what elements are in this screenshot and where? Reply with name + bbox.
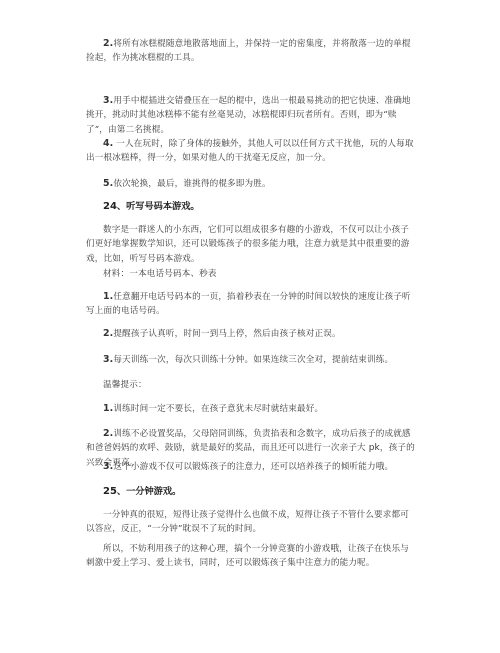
tip-1: 1.训练时间一定不要长，在孩子意犹未尽时就结束最好。 [86, 402, 416, 416]
step-number: 2. [103, 38, 113, 49]
paragraph-stick-step-3: 3.用手中棍插进交错叠压在一起的棍中，选出一根最易挑动的把它快速、准确地挑开，挑… [86, 94, 416, 137]
section-24-intro: 数字是一群迷人的小东西，它们可以组成很多有趣的小游戏，不仅可以让小孩子们更好地掌… [86, 223, 416, 266]
section-heading-24: 24、听写号码本游戏。 [86, 200, 416, 214]
step-number: 1. [103, 291, 113, 302]
tip-number: 2. [103, 428, 113, 439]
section-heading-25: 25、一分钟游戏。 [86, 485, 416, 499]
paragraph-text: 依次轮换，最后，谁挑得的棍多即为胜。 [113, 179, 270, 189]
step-number: 3. [103, 354, 113, 365]
paragraph-text: 一人在玩时，除了身体的接触外，其他人可以以任何方式干扰他，玩的人每取出一根冰糕棒… [86, 139, 414, 163]
step-text: 每天训练一次，每次只训练十分钟。如果连续三次全对，提前结束训练。 [113, 355, 393, 365]
section-24-step-2: 2.提醒孩子认真听，时间一到马上停，然后由孩子核对正误。 [86, 327, 416, 341]
document-page: 2.将所有冰糕棍随意地散落地面上，并保持一定的密集度，并将散落一边的单棍捡起，作… [0, 0, 500, 653]
tip-text-latin: pk [369, 443, 380, 453]
section-24-step-3: 3.每天训练一次，每次只训练十分钟。如果连续三次全对，提前结束训练。 [86, 353, 416, 367]
paragraph-stick-step-5: 5.依次轮换，最后，谁挑得的棍多即为胜。 [86, 177, 416, 191]
step-number: 2. [103, 328, 113, 339]
section-25-paragraph-2: 所以，不妨利用孩子的这种心理，搞个一分钟竞赛的小游戏哦，让孩子在快乐与刺激中爱上… [86, 542, 416, 571]
paragraph-text: 用手中棍插进交错叠压在一起的棍中，选出一根最易挑动的把它快速、准确地挑开，挑动时… [86, 96, 411, 135]
section-number: 24 [103, 201, 117, 212]
section-number: 25 [103, 486, 117, 497]
tip-text: 训练时间一定不要长，在孩子意犹未尽时就结束最好。 [113, 404, 323, 414]
tip-text: 训练不必设置奖品，父母陪同训练，负责掐表和念数字，成功后孩子的成就感和爸爸妈妈的… [86, 429, 411, 453]
tip-number: 3. [103, 461, 113, 472]
paragraph-stick-step-4: 4. 一人在玩时，除了身体的接触外，其他人可以以任何方式干扰他，玩的人每取出一根… [86, 137, 416, 166]
tip-text: 这个小游戏不仅可以锻炼孩子的注意力，还可以培养孩子的倾听能力哦。 [113, 462, 393, 472]
step-number: 5. [103, 178, 113, 189]
paragraph-text: 将所有冰糕棍随意地散落地面上，并保持一定的密集度，并将散落一边的单棍捡起，作为挑… [86, 39, 411, 63]
section-24-step-1: 1.任意翻开电话号码本的一页，掐着秒表在一分钟的时间以较快的速度让孩子听写上面的… [86, 290, 416, 319]
step-text: 任意翻开电话号码本的一页，掐着秒表在一分钟的时间以较快的速度让孩子听写上面的电话… [86, 292, 411, 316]
step-text: 提醒孩子认真听，时间一到马上停，然后由孩子核对正误。 [113, 329, 340, 339]
step-number: 3. [103, 95, 113, 106]
section-title: 、一分钟游戏。 [117, 486, 181, 497]
section-24-materials: 材料：一本电话号码本、秒表 [86, 267, 416, 281]
section-25-paragraph-1: 一分钟真的很短，短得让孩子觉得什么也做不成，短得让孩子不管什么要求都可以答应，反… [86, 508, 416, 537]
section-title: 、听写号码本游戏。 [117, 201, 200, 212]
tip-number: 1. [103, 403, 113, 414]
tips-label: 温馨提示： [86, 378, 416, 392]
tip-3: 3.这个小游戏不仅可以锻炼孩子的注意力，还可以培养孩子的倾听能力哦。 [86, 460, 416, 474]
step-number: 4. [103, 138, 113, 149]
paragraph-stick-step-2: 2.将所有冰糕棍随意地散落地面上，并保持一定的密集度，并将散落一边的单棍捡起，作… [86, 37, 416, 66]
